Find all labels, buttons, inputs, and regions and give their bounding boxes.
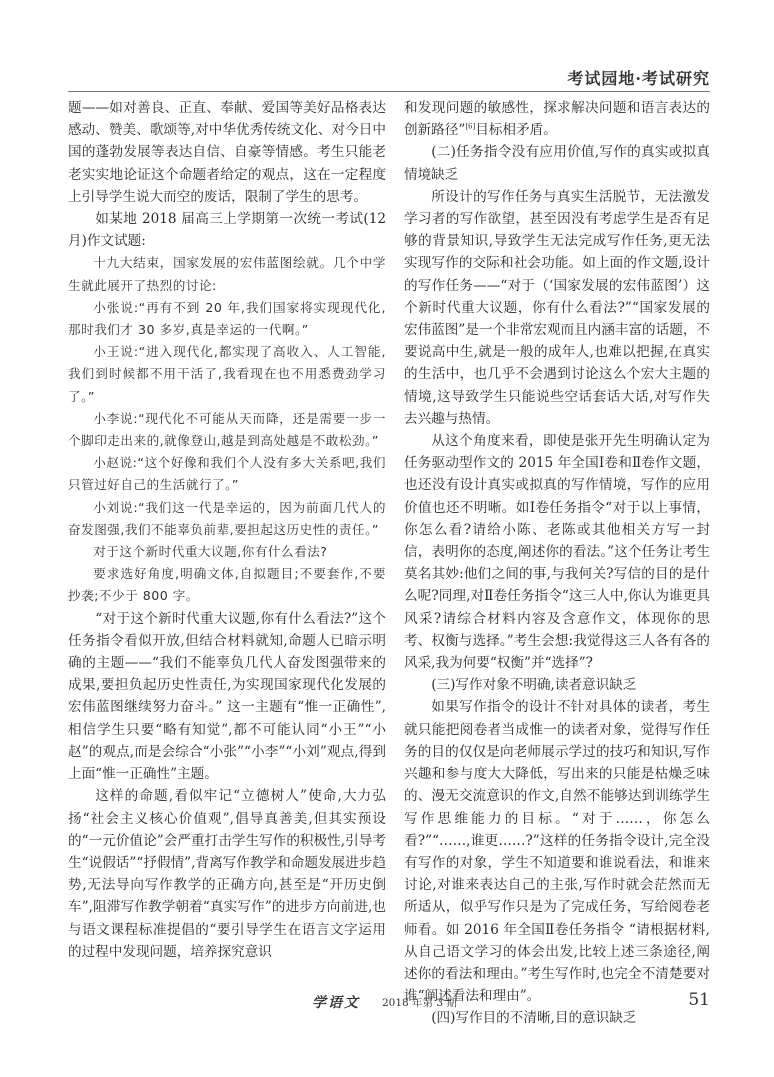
paragraph-real-context: 所设计的写作任务与真实生活脱节，无法激发学习者的写作欲望，甚至因没有考虑学生是否… [404,186,710,430]
paragraph-reader-awareness: 如果写作指令的设计不针对具体的读者，考生就只能把阅卷者当成惟一的读者对象，觉得写… [404,696,710,1007]
running-header: 考试园地·考试研究 [68,60,710,92]
exam-prompt-xiaoliu: 小刘说:“我们这一代是幸运的，因为前面几代人的奋发图强,我们不能辜负前辈,要担起… [68,497,386,541]
continuation-text-after: 目标相矛盾。 [475,122,557,138]
paragraph-analysis: “对于这个新时代重大议题,你有什么看法?”这个任务指令看似开放,但结合材料就知,… [68,608,386,786]
paragraph-critique: 这样的命题,看似牢记“立德树人”使命,大力弘扬“社会主义核心价值观”,倡导真善美… [68,785,386,963]
continuation-text: 和发现问题的敏感性，探求解决问题和语言表达的创新路径” [404,100,710,138]
paragraph-2015-exam: 从这个角度来看，即使是张开先生明确认定为任务驱动型作文的 2015 年全国Ⅰ卷和… [404,430,710,674]
issue-info: 2018 年第 3 期 [382,995,457,1010]
exam-prompt-question: 对于这个新时代重大议题,你有什么看法? [68,541,386,563]
page-number: 51 [688,990,710,1010]
exam-prompt-xiaozhao: 小赵说:“这个好像和我们个人没有多大关系吧,我们只管过好自己的生活就行了。” [68,452,386,496]
left-column: 题——如对善良、正直、奉献、爱国等美好品格表达感动、赞美、歌颂等,对中华优秀传统… [68,97,386,963]
paragraph-continuation: 题——如对善良、正直、奉献、爱国等美好品格表达感动、赞美、歌颂等,对中华优秀传统… [68,97,386,208]
exam-prompt-xiaozhang: 小张说:“再有不到 20 年,我们国家将实现现代化,那时我们才 30 多岁,真是… [68,297,386,341]
exam-prompt-xiaoli: 小李说:“现代化不可能从天而降，还是需要一步一个脚印走出来的,就像登山,越是到高… [68,408,386,452]
page-footer: 学语文 2018 年第 3 期 51 [300,990,710,1014]
exam-prompt-requirements: 要求选好角度,明确文体,自拟题目;不要套作,不要抄袭;不少于 800 字。 [68,563,386,607]
citation-marker: [6] [465,123,475,131]
right-column: 和发现问题的敏感性，探求解决问题和语言表达的创新路径”[6]目标相矛盾。 (二)… [404,97,710,1030]
exam-prompt-xiaowang: 小王说:“进入现代化,都实现了高收入、人工智能,我们到时候都不用干活了,我看现在… [68,341,386,408]
paragraph-exam-intro: 如某地 2018 届高三上学期第一次统一考试(12 月)作文试题: [68,208,386,252]
section-heading-3: (三)写作对象不明确,读者意识缺乏 [404,674,710,696]
exam-prompt-line: 十九大结束，国家发展的宏伟蓝图绘就。几个中学生就此展开了热烈的讨论: [68,252,386,296]
paragraph-continuation: 和发现问题的敏感性，探求解决问题和语言表达的创新路径”[6]目标相矛盾。 [404,97,710,141]
journal-name: 学语文 [312,992,360,1012]
section-heading-2: (二)任务指令没有应用价值,写作的真实或拟真情境缺乏 [404,141,710,185]
section-title: 考试园地·考试研究 [567,66,710,89]
